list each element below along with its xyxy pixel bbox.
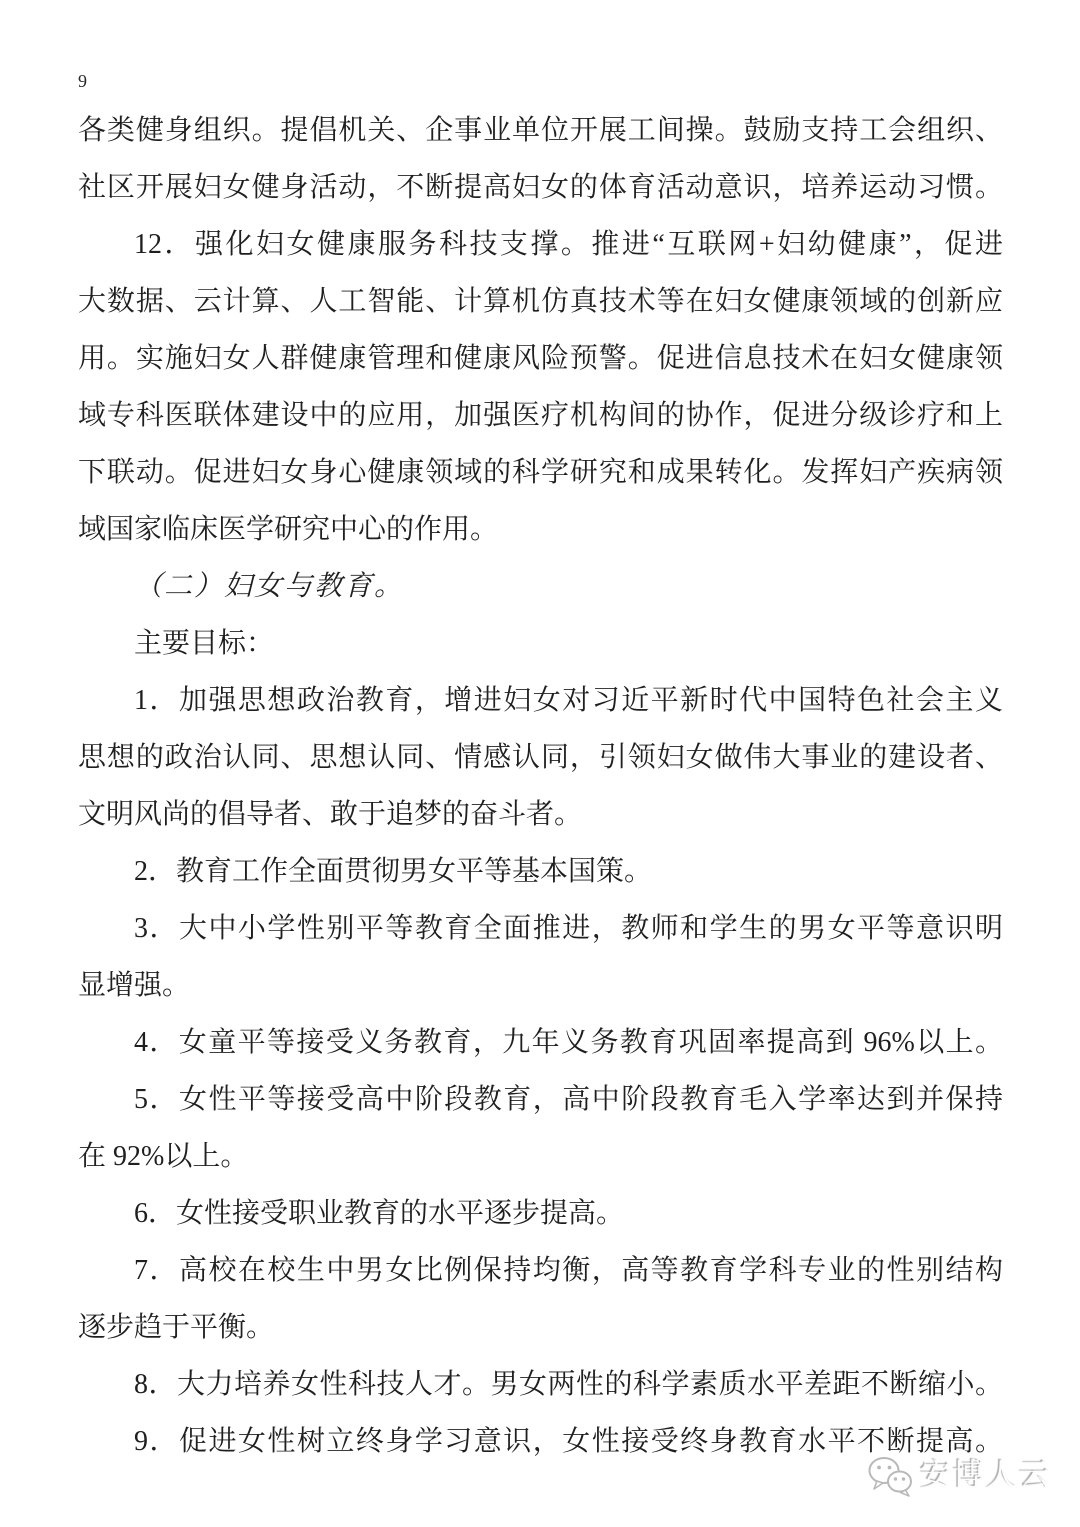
text-line: 5．女性平等接受高中阶段教育，高中阶段教育毛入学率达到并保持 [78, 1071, 1003, 1128]
text-line: 主要目标： [78, 615, 1003, 672]
text-line: 9．促进女性树立终身学习意识，女性接受终身教育水平不断提高。 [78, 1413, 1003, 1470]
text-line: 下联动。促进妇女身心健康领域的科学研究和成果转化。发挥妇产疾病领 [78, 444, 1003, 501]
text-line: 用。实施妇女人群健康管理和健康风险预警。促进信息技术在妇女健康领 [78, 330, 1003, 387]
text-line: 在 92%以上。 [78, 1128, 1003, 1185]
text-line: （二）妇女与教育。 [78, 558, 1003, 615]
text-line: 思想的政治认同、思想认同、情感认同，引领妇女做伟大事业的建设者、 [78, 729, 1003, 786]
text-line: 8．大力培养女性科技人才。男女两性的科学素质水平差距不断缩小。 [78, 1356, 1003, 1413]
text-line: 12．强化妇女健康服务科技支撑。推进“互联网+妇幼健康”，促进 [78, 216, 1003, 273]
text-line: 逐步趋于平衡。 [78, 1299, 1003, 1356]
watermark: 安博人云 [867, 1455, 1052, 1497]
text-line: 文明风尚的倡导者、敢于追梦的奋斗者。 [78, 786, 1003, 843]
document-page: 9 各类健身组织。提倡机关、企事业单位开展工间操。鼓励支持工会组织、社区开展妇女… [0, 0, 1080, 1527]
page-number: 9 [78, 70, 87, 92]
document-body: 各类健身组织。提倡机关、企事业单位开展工间操。鼓励支持工会组织、社区开展妇女健身… [78, 102, 1003, 1470]
text-line: 域国家临床医学研究中心的作用。 [78, 501, 1003, 558]
text-line: 显增强。 [78, 957, 1003, 1014]
text-line: 2．教育工作全面贯彻男女平等基本国策。 [78, 843, 1003, 900]
text-line: 6．女性接受职业教育的水平逐步提高。 [78, 1185, 1003, 1242]
text-line: 7．高校在校生中男女比例保持均衡，高等教育学科专业的性别结构 [78, 1242, 1003, 1299]
text-line: 4．女童平等接受义务教育，九年义务教育巩固率提高到 96%以上。 [78, 1014, 1003, 1071]
text-line: 域专科医联体建设中的应用，加强医疗机构间的协作，促进分级诊疗和上 [78, 387, 1003, 444]
text-line: 大数据、云计算、人工智能、计算机仿真技术等在妇女健康领域的创新应 [78, 273, 1003, 330]
watermark-label: 安博人云 [920, 1455, 1052, 1497]
text-line: 社区开展妇女健身活动，不断提高妇女的体育活动意识，培养运动习惯。 [78, 159, 1003, 216]
text-line: 1．加强思想政治教育，增进妇女对习近平新时代中国特色社会主义 [78, 672, 1003, 729]
text-line: 各类健身组织。提倡机关、企事业单位开展工间操。鼓励支持工会组织、 [78, 102, 1003, 159]
wechat-icon [867, 1455, 913, 1497]
text-line: 3．大中小学性别平等教育全面推进，教师和学生的男女平等意识明 [78, 900, 1003, 957]
